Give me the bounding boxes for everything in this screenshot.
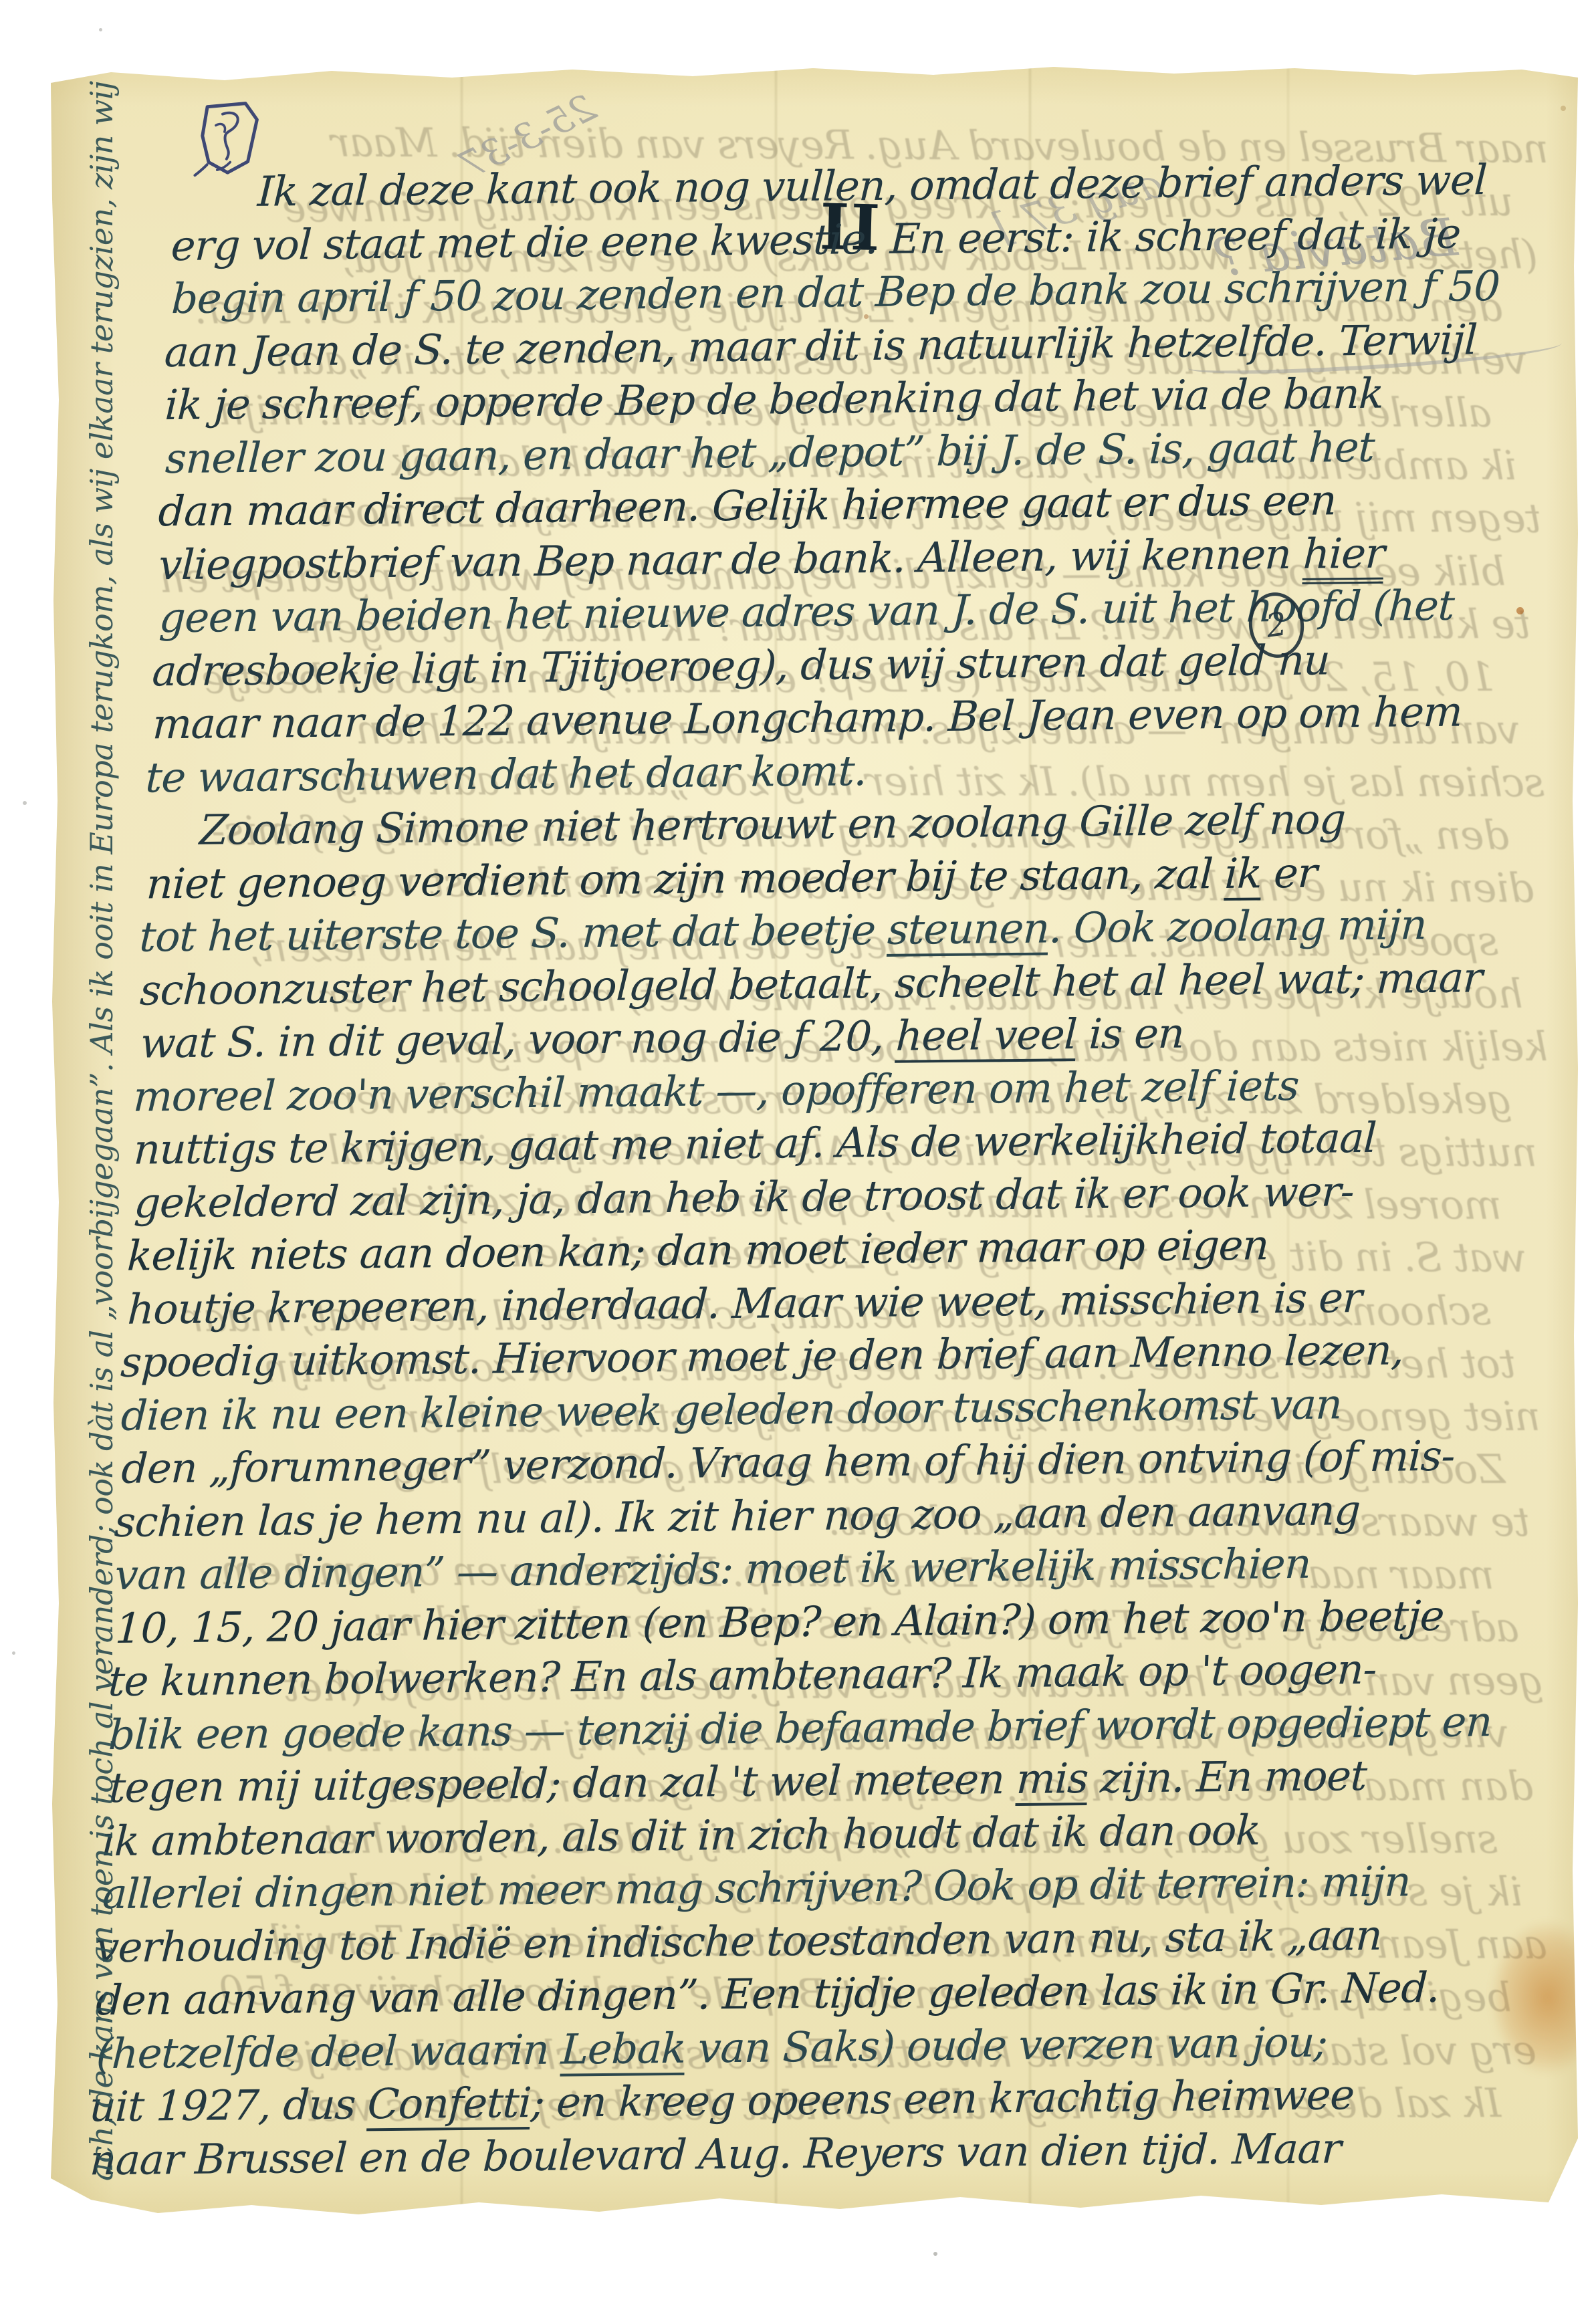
dust-speck — [12, 1651, 15, 1655]
scan-backdrop: { "letter": { "page_number": "II", "circ… — [0, 0, 1596, 2308]
dust-speck — [23, 801, 27, 805]
margin-note: ach, de kans van toen is toch al verande… — [62, 115, 148, 2181]
ink-freckle — [1516, 607, 1524, 614]
letter-body: Ik zal deze kant ook nog vullen, omdat d… — [89, 152, 1578, 2187]
ink-freckle — [1561, 106, 1566, 111]
ink-freckle — [864, 314, 869, 319]
rust-stain — [1474, 1897, 1596, 2098]
dust-speck — [933, 2252, 937, 2256]
paper-edge-shade-top — [51, 66, 1578, 106]
dust-speck — [99, 28, 102, 31]
letter-page: naar Brussel en de boulevard Aug. Reyers… — [51, 66, 1578, 2217]
